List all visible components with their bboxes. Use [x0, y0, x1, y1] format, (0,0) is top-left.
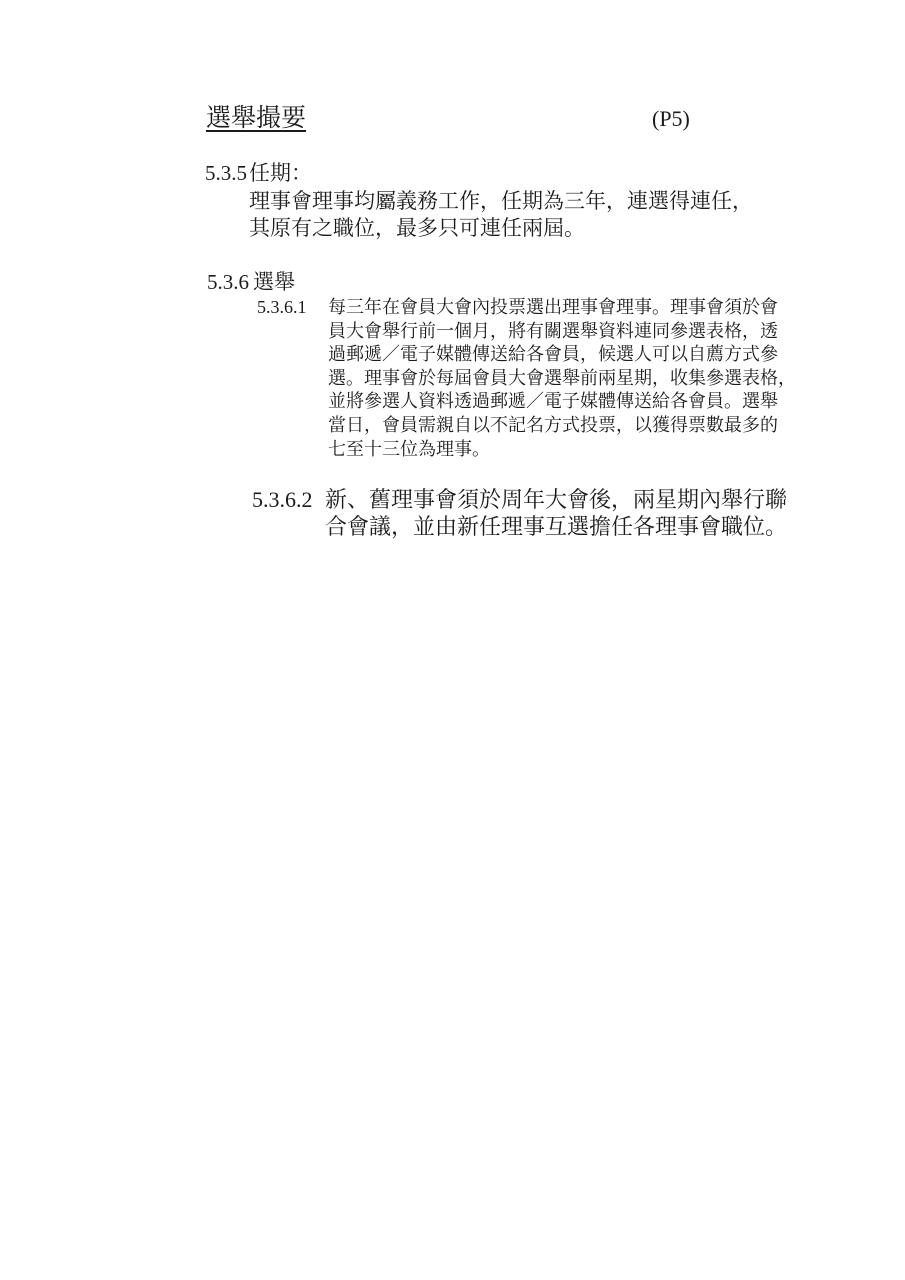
section-number: 5.3.6.1 [257, 296, 328, 320]
page-number: (P5) [652, 105, 690, 133]
body-line: 新、舊理事會須於周年大會後，兩星期內舉行聯 [325, 487, 787, 512]
body-line: 過郵遞／電子媒體傳送給各會員，候選人可以自薦方式參 [328, 343, 796, 367]
body-line: 員大會舉行前一個月，將有關選舉資料連同參選表格，透 [328, 320, 796, 344]
body-first-row: 5.3.6.2新、舊理事會須於周年大會後，兩星期內舉行聯 [252, 487, 787, 514]
section-number: 5.3.5 [205, 160, 249, 188]
body-first-row: 5.3.6.1每三年在會員大會內投票選出理事會理事。理事會須於會 [257, 296, 796, 320]
body-line: 選。理事會於每屆會員大會選舉前兩星期，收集參選表格， [328, 367, 796, 391]
section-5-3-6-2: 5.3.6.2新、舊理事會須於周年大會後，兩星期內舉行聯 合會議，並由新任理事互… [252, 487, 787, 540]
section-5-3-6-1: 5.3.6.1每三年在會員大會內投票選出理事會理事。理事會須於會 員大會舉行前一… [257, 296, 796, 461]
section-heading-row: 5.3.6選舉 [207, 269, 295, 296]
body-line: 七至十三位為理事。 [328, 438, 796, 462]
section-number: 5.3.6 [207, 269, 253, 296]
body-line: 當日，會員需親自以不記名方式投票，以獲得票數最多的 [328, 414, 796, 438]
section-heading-row: 5.3.5任期： [205, 160, 753, 188]
doc-title-text: 選舉撮要 [206, 105, 306, 132]
body-line: 理事會理事均屬義務工作，任期為三年，連選得連任， [249, 188, 753, 216]
section-heading: 選舉 [253, 270, 295, 294]
body-line: 其原有之職位，最多只可連任兩屆。 [249, 215, 753, 243]
body-line: 每三年在會員大會內投票選出理事會理事。理事會須於會 [328, 297, 778, 317]
section-5-3-6: 5.3.6選舉 [207, 269, 295, 296]
doc-title: 選舉撮要 [206, 103, 306, 135]
section-5-3-5: 5.3.5任期： 理事會理事均屬義務工作，任期為三年，連選得連任， 其原有之職位… [205, 160, 753, 243]
body-line: 合會議，並由新任理事互選擔任各理事會職位。 [325, 514, 787, 541]
section-number: 5.3.6.2 [252, 487, 325, 514]
document-page: 選舉撮要 (P5) 5.3.5任期： 理事會理事均屬義務工作，任期為三年，連選得… [0, 0, 905, 1280]
body-line: 並將參選人資料透過郵遞／電子媒體傳送給各會員。選舉 [328, 390, 796, 414]
section-heading: 任期： [249, 161, 312, 185]
